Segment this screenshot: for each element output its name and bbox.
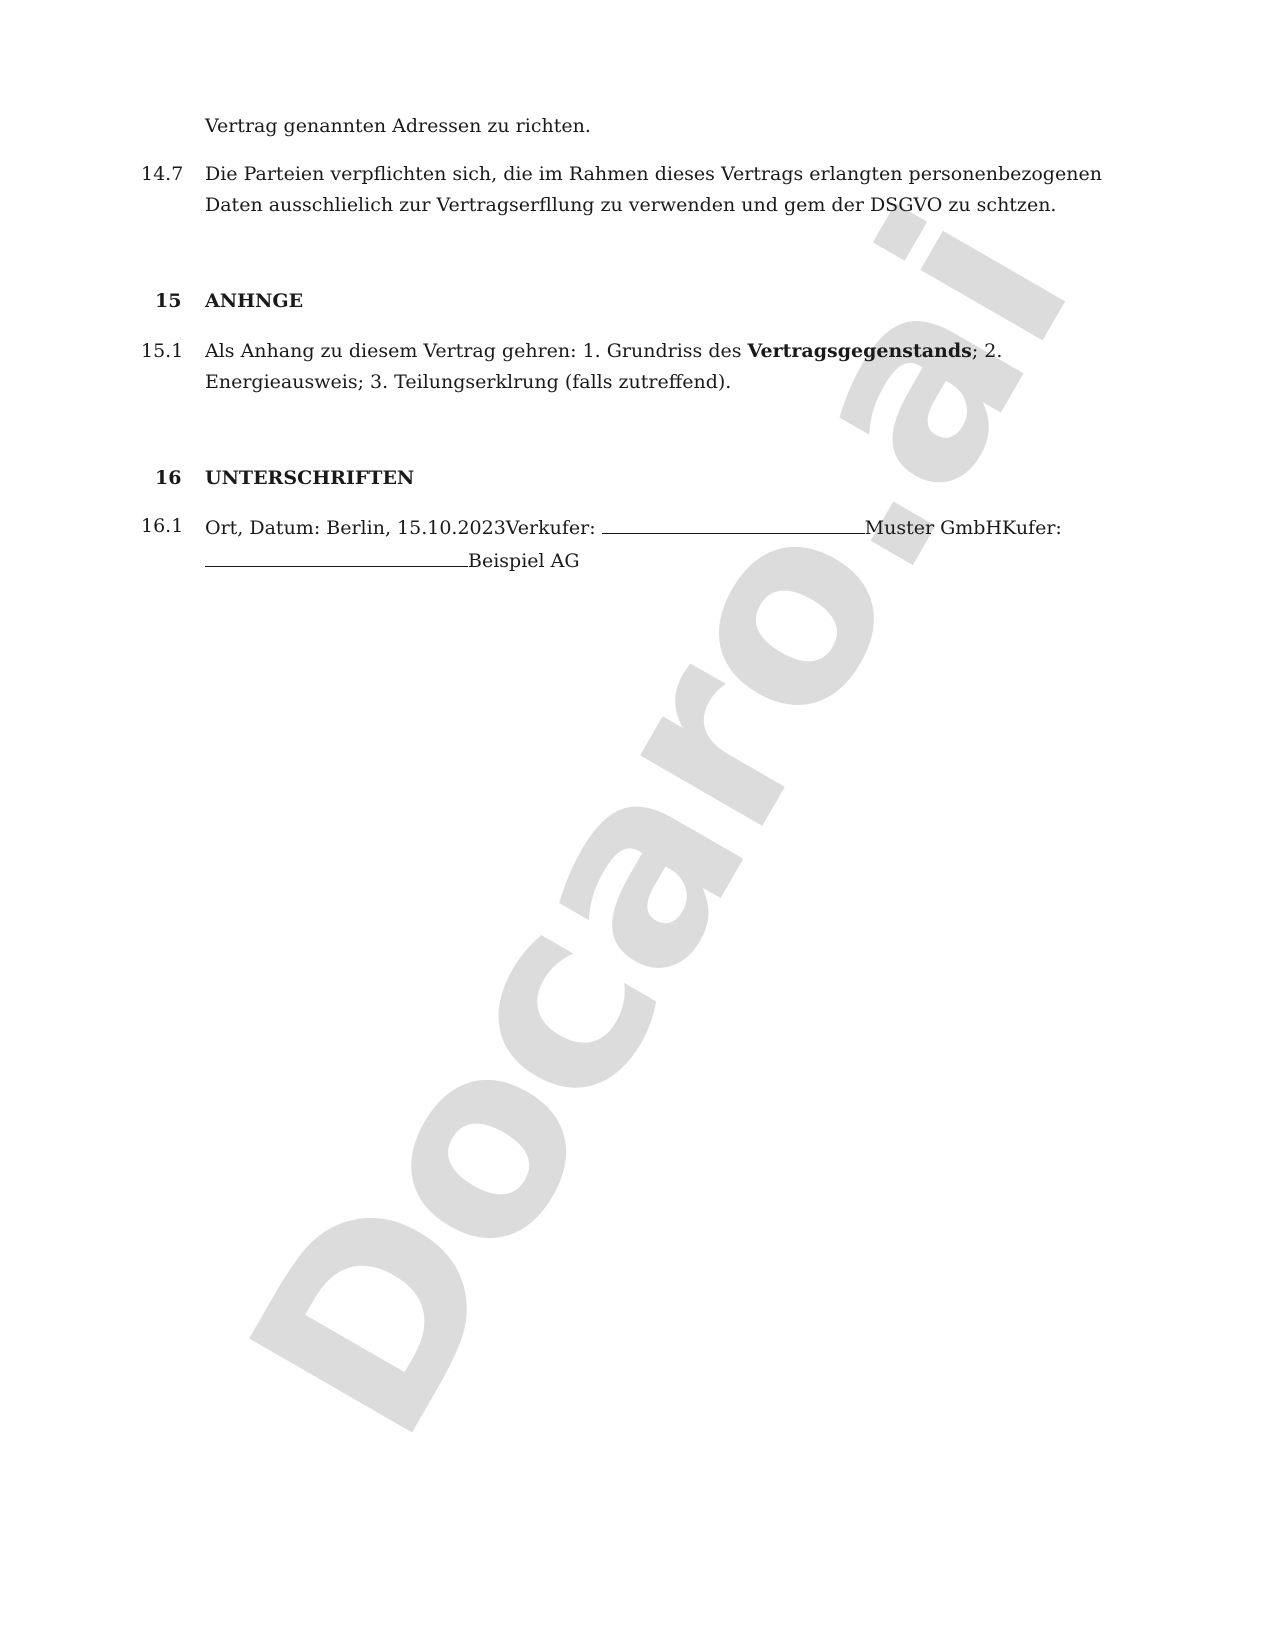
clause-line: Beispiel AG xyxy=(205,544,1105,577)
section-number: 16 xyxy=(155,463,205,494)
clause-text-part: Beispiel AG xyxy=(468,550,580,572)
section-title: ANHNGE xyxy=(205,286,1105,317)
clause-text: Vertrag genannten Adressen zu richten. xyxy=(205,111,1105,142)
section-number: 15 xyxy=(155,286,205,317)
clause-line: Als Anhang zu diesem Vertrag gehren: 1. … xyxy=(205,336,1105,367)
seller-signature-line xyxy=(602,511,865,534)
clause-text-part: Als Anhang zu diesem Vertrag gehren: 1. … xyxy=(205,340,748,362)
clause-text-part: Muster GmbHKufer: xyxy=(865,517,1062,539)
clause-line: Ort, Datum: Berlin, 15.10.2023Verkufer: … xyxy=(205,511,1105,544)
clause-text: Als Anhang zu diesem Vertrag gehren: 1. … xyxy=(205,336,1105,398)
clause-line: Energieausweis; 3. Teilungserklrung (fal… xyxy=(205,367,1105,398)
clause-number: 15.1 xyxy=(141,336,191,367)
clause-text: Ort, Datum: Berlin, 15.10.2023Verkufer: … xyxy=(205,511,1105,577)
defined-term: Vertragsgegenstands xyxy=(748,340,972,362)
clause-text-part: ; 2. xyxy=(972,340,1003,362)
clause-number: 16.1 xyxy=(141,511,191,542)
clause-text: Die Parteien verpflichten sich, die im R… xyxy=(205,159,1105,221)
buyer-signature-line xyxy=(205,544,468,567)
section-title: UNTERSCHRIFTEN xyxy=(205,463,1105,494)
clause-number: 14.7 xyxy=(141,159,191,190)
clause-line: Die Parteien verpflichten sich, die im R… xyxy=(205,159,1105,190)
clause-line: Daten ausschlielich zur Vertragserfllung… xyxy=(205,190,1105,221)
clause-text-part: Ort, Datum: Berlin, 15.10.2023Verkufer: xyxy=(205,517,602,539)
